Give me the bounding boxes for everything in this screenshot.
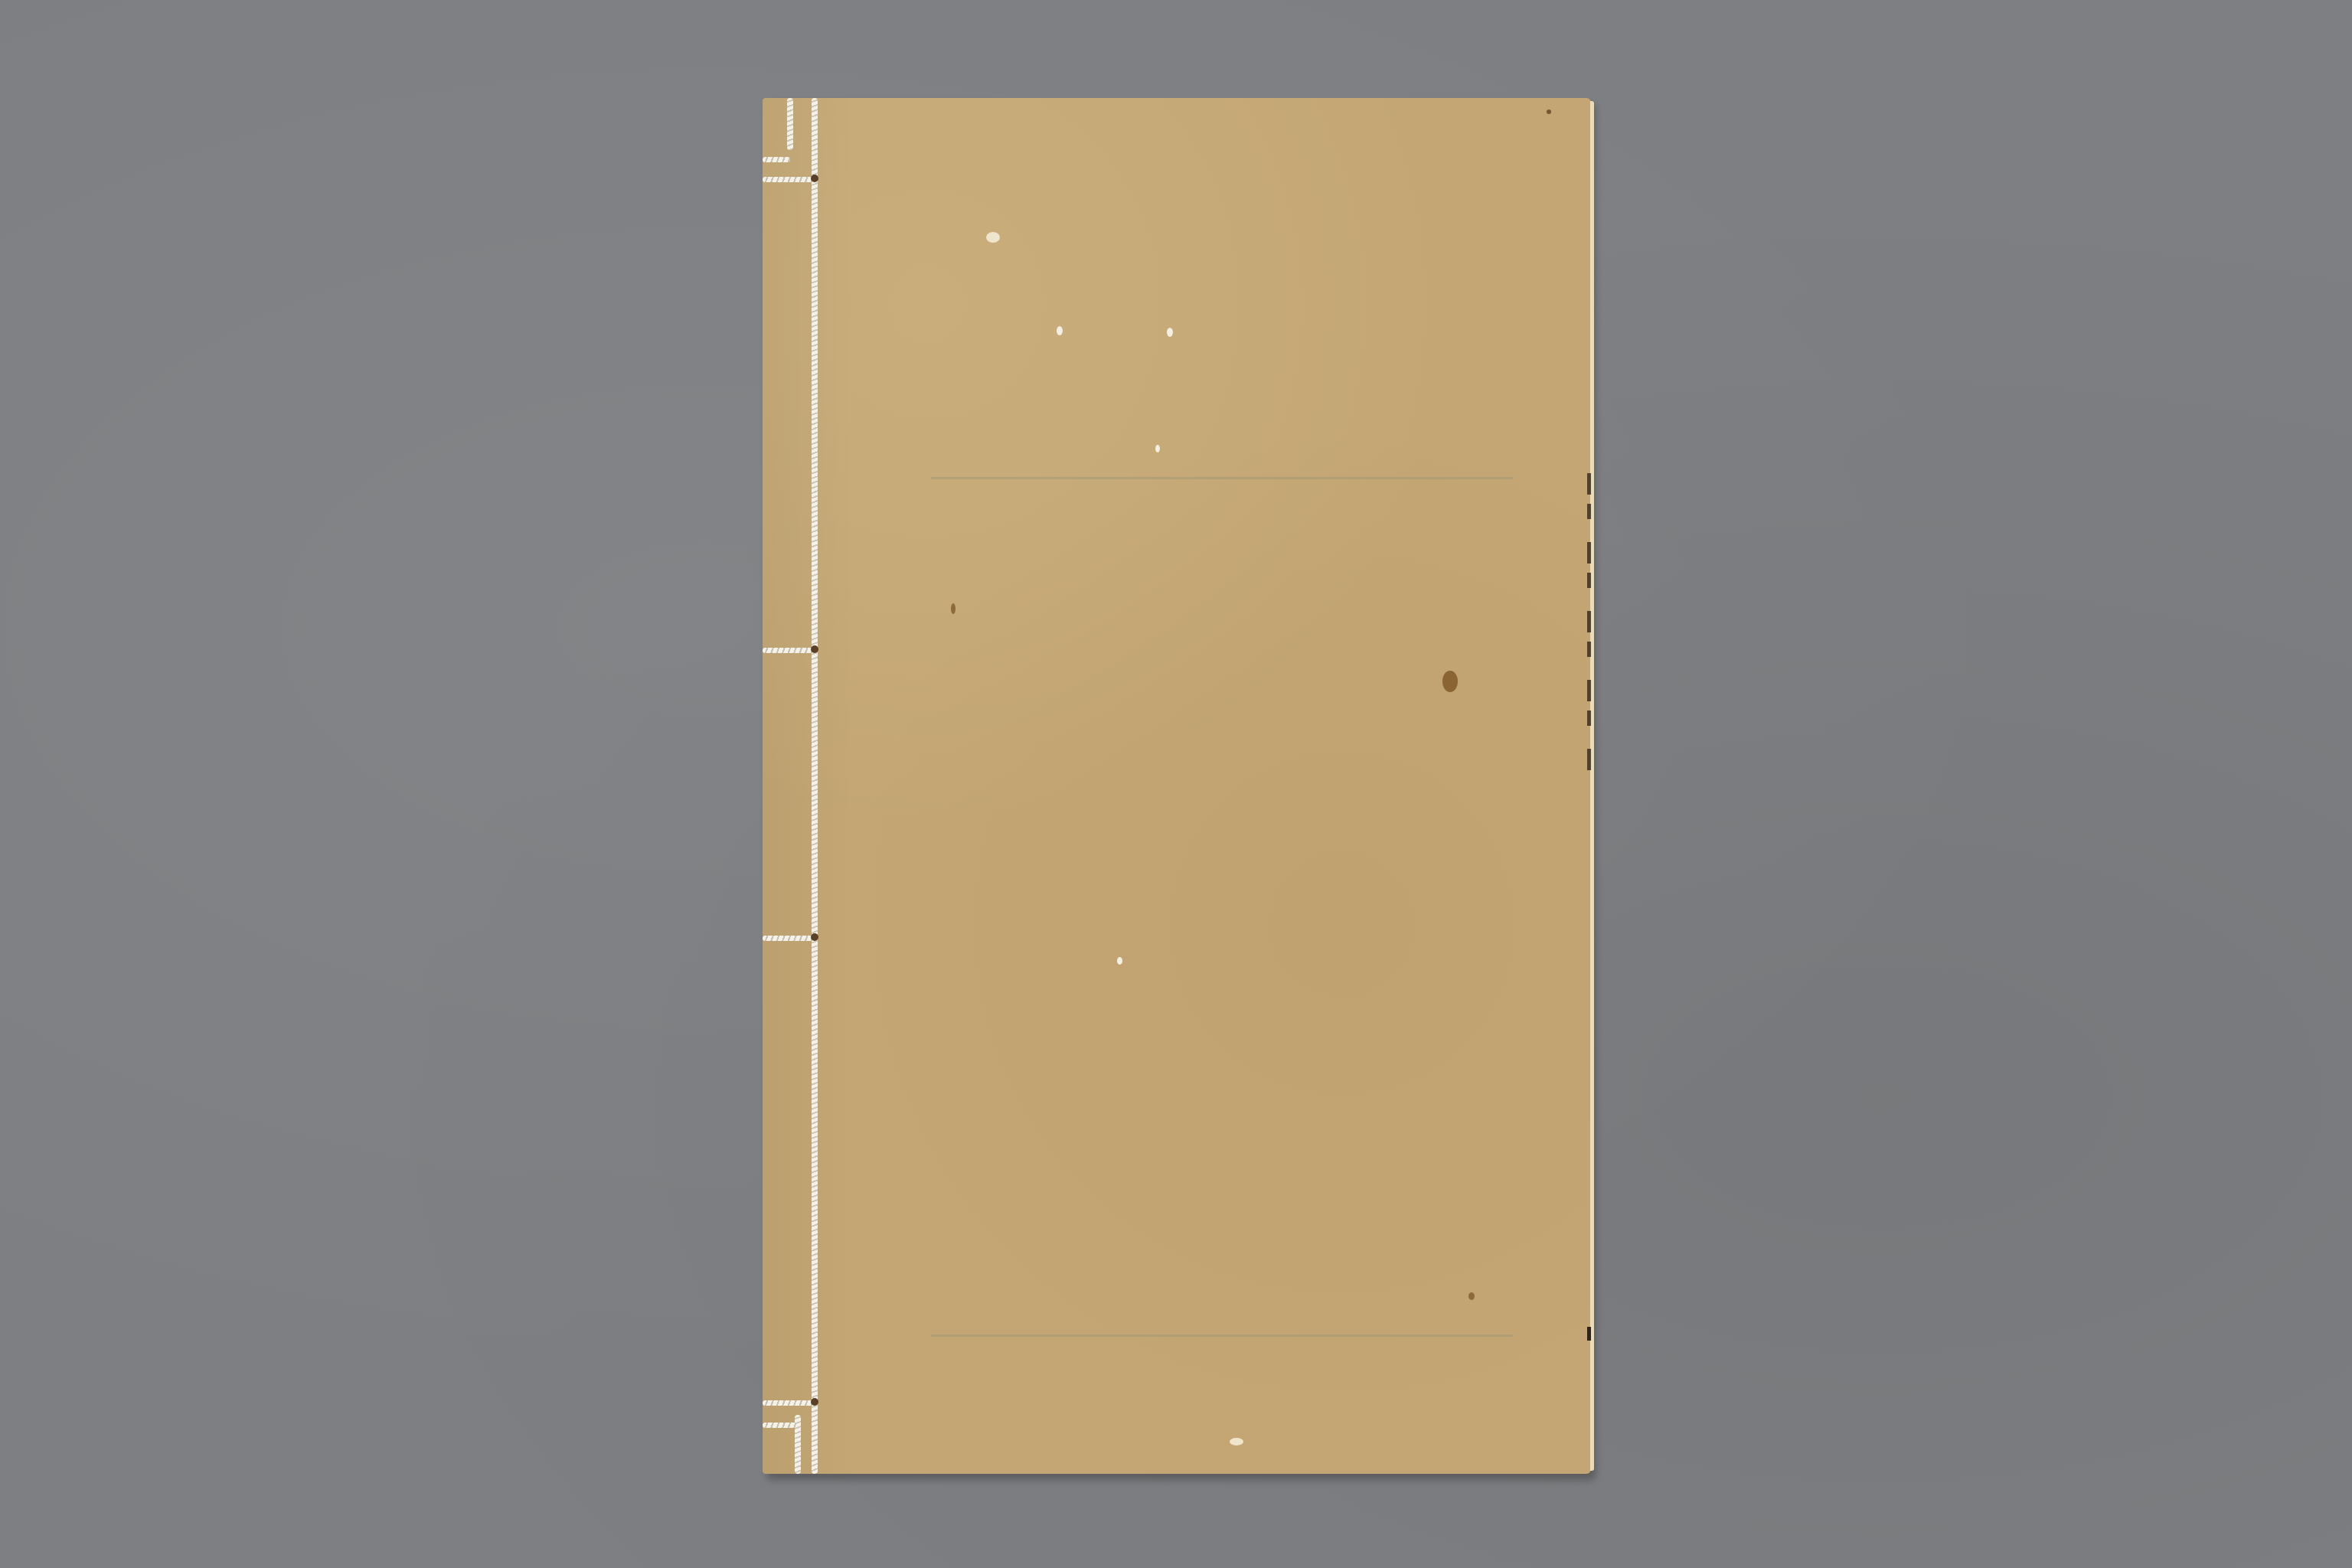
- book-cover: [763, 98, 1591, 1474]
- paper-stain: [1442, 671, 1458, 692]
- paper-blemish: [1230, 1438, 1243, 1445]
- paper-blemish: [1167, 328, 1173, 337]
- page-edge-ink-mark: [1587, 1327, 1591, 1341]
- paper-stain: [1547, 109, 1551, 114]
- stitch-hole: [811, 645, 818, 653]
- paper-blemish: [986, 232, 1000, 243]
- page-edge-ink-marks: [1587, 473, 1591, 779]
- stitch-hole: [811, 933, 818, 941]
- paper-blemish: [1117, 957, 1122, 965]
- paper-stain: [1468, 1292, 1475, 1300]
- stitch-top-1: [763, 157, 790, 162]
- faint-show-through-line-bottom: [931, 1334, 1513, 1337]
- stitch-lower-middle: [763, 936, 816, 941]
- stitch-upper-middle: [763, 648, 815, 653]
- binding-thread-corner-top: [787, 98, 793, 150]
- stitch-bottom-1: [763, 1400, 816, 1406]
- stitch-bottom-2: [763, 1423, 796, 1428]
- stitch-hole: [811, 175, 818, 182]
- stitch-top-2: [763, 177, 816, 182]
- paper-blemish: [1057, 326, 1063, 335]
- paper-stain: [951, 603, 955, 614]
- stitch-hole: [811, 1398, 818, 1406]
- paper-blemish: [1155, 445, 1160, 452]
- page-edge: [1590, 101, 1594, 1471]
- faint-show-through-line-top: [931, 477, 1513, 479]
- binding-thread-main: [812, 98, 818, 1474]
